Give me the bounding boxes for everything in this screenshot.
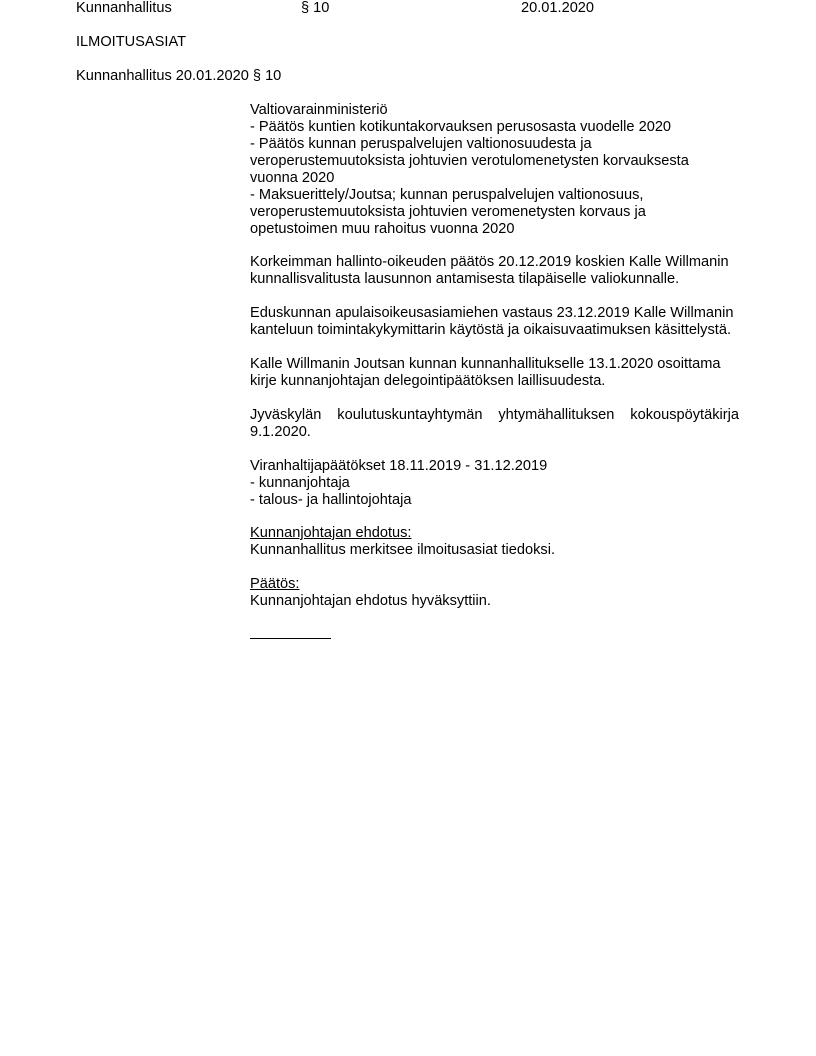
header-date: 20.01.2020 <box>521 0 594 17</box>
item-line: 9.1.2020. <box>250 424 739 441</box>
proposal-label: Kunnanjohtajan ehdotus: <box>250 525 411 541</box>
decision-label: Päätös: <box>250 576 300 592</box>
item-line: kanteluun toimintakykymittarin käytöstä … <box>250 322 739 339</box>
item-line: - Päätös kuntien kotikuntakorvauksen per… <box>250 119 739 136</box>
notice-item-letter: Kalle Willmanin Joutsan kunnan kunnanhal… <box>250 356 739 390</box>
item-line: vuonna 2020 <box>250 170 739 187</box>
item-line: Valtiovarainministeriö <box>250 102 739 119</box>
section-title: ILMOITUSASIAT <box>76 34 186 51</box>
item-line: - Päätös kunnan peruspalvelujen valtiono… <box>250 136 739 153</box>
meeting-reference: Kunnanhallitus 20.01.2020 § 10 <box>76 68 281 85</box>
item-line: opetustoimen muu rahoitus vuonna 2020 <box>250 221 739 238</box>
item-line: Eduskunnan apulaisoikeusasiamiehen vasta… <box>250 305 739 322</box>
notice-item-education-consortium: Jyväskylän koulutuskuntayhtymän yhtymäha… <box>250 407 739 441</box>
item-line: Korkeimman hallinto-oikeuden päätös 20.1… <box>250 254 739 271</box>
proposal-block: Kunnanjohtajan ehdotus: Kunnanhallitus m… <box>250 525 739 559</box>
item-line: - talous- ja hallintojohtaja <box>250 492 739 509</box>
notice-item-supreme-court: Korkeimman hallinto-oikeuden päätös 20.1… <box>250 254 739 288</box>
header-body-name: Kunnanhallitus <box>76 0 172 17</box>
proposal-text: Kunnanhallitus merkitsee ilmoitusasiat t… <box>250 542 739 559</box>
decision-text: Kunnanjohtajan ehdotus hyväksyttiin. <box>250 593 739 610</box>
notice-item-ministry: Valtiovarainministeriö - Päätös kuntien … <box>250 102 739 238</box>
notice-item-official-decisions: Viranhaltijapäätökset 18.11.2019 - 31.12… <box>250 458 739 509</box>
item-line: Jyväskylän koulutuskuntayhtymän yhtymäha… <box>250 407 739 424</box>
item-line: - kunnanjohtaja <box>250 475 739 492</box>
item-line: - Maksuerittely/Joutsa; kunnan peruspalv… <box>250 187 739 204</box>
item-line: Viranhaltijapäätökset 18.11.2019 - 31.12… <box>250 458 739 475</box>
item-line: Kalle Willmanin Joutsan kunnan kunnanhal… <box>250 356 739 373</box>
notice-item-ombudsman: Eduskunnan apulaisoikeusasiamiehen vasta… <box>250 305 739 339</box>
item-line: kunnallisvalitusta lausunnon antamisesta… <box>250 271 739 288</box>
header-section-number: § 10 <box>301 0 329 17</box>
item-line: kirje kunnanjohtajan delegointipäätöksen… <box>250 373 739 390</box>
item-line: veroperustemuutoksista johtuvien veromen… <box>250 204 739 221</box>
decision-block: Päätös: Kunnanjohtajan ehdotus hyväksytt… <box>250 576 739 610</box>
item-line: veroperustemuutoksista johtuvien verotul… <box>250 153 739 170</box>
end-rule-divider <box>250 638 331 639</box>
